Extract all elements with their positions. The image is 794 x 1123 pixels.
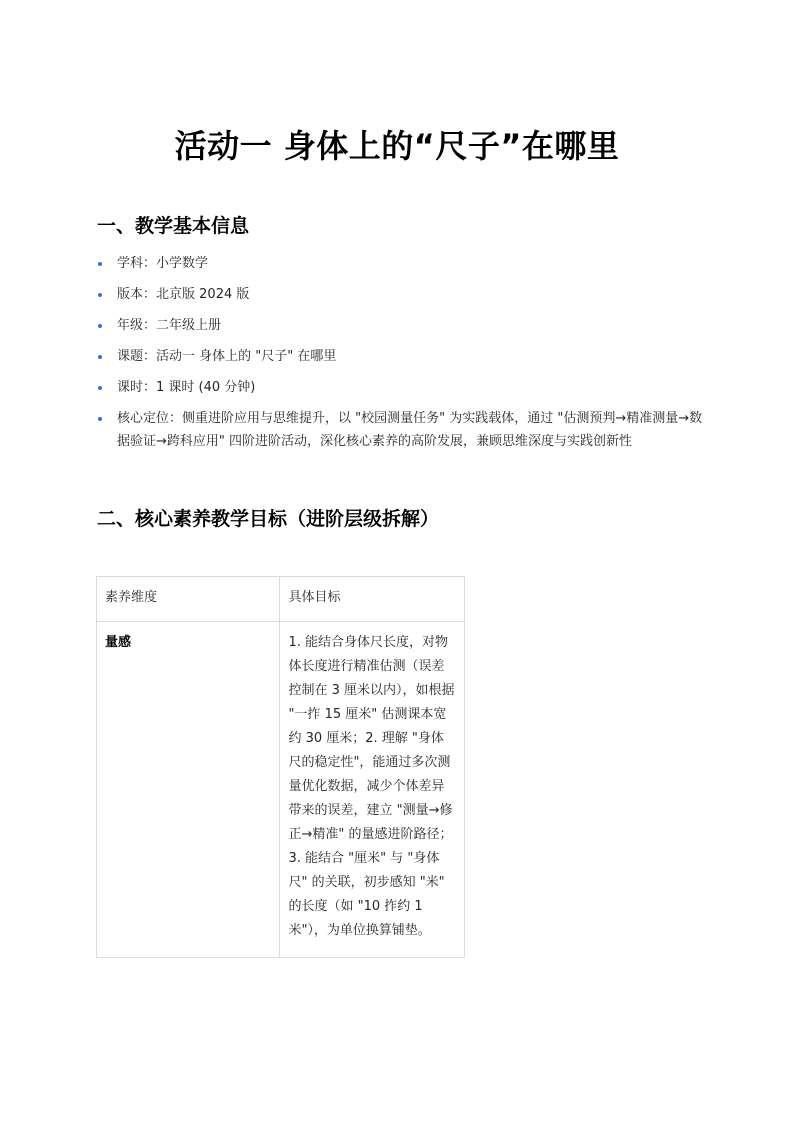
cell-goal: 1. 能结合身体尺长度，对物体长度进行精准估测（误差控制在 3 厘米以内），如根… <box>280 622 465 958</box>
item-label: 年级： <box>117 318 156 333</box>
list-item-period: 课时：1 课时 (40 分钟) <box>97 376 707 399</box>
bullet-icon <box>98 417 102 421</box>
header-goal: 具体目标 <box>280 577 465 622</box>
basic-info-list: 学科：小学数学 版本：北京版 2024 版 年级：二年级上册 课题：活动一 身体… <box>97 252 707 461</box>
item-label: 学科： <box>117 256 156 271</box>
list-item-core-positioning: 核心定位：侧重进阶应用与思维提升，以 "校园测量任务" 为实践载体，通过 "估测… <box>97 407 707 453</box>
bullet-icon <box>98 324 102 328</box>
item-label: 课题： <box>117 349 156 364</box>
goals-table: 素养维度 具体目标 量感 1. 能结合身体尺长度，对物体长度进行精准估测（误差控… <box>96 576 465 958</box>
list-item-edition: 版本：北京版 2024 版 <box>97 283 707 306</box>
item-label: 课时： <box>117 380 156 395</box>
item-value: 活动一 身体上的 "尺子" 在哪里 <box>156 349 336 364</box>
list-item-subject: 学科：小学数学 <box>97 252 707 275</box>
item-value: 小学数学 <box>156 256 208 271</box>
list-item-grade: 年级：二年级上册 <box>97 314 707 337</box>
item-value: 北京版 2024 版 <box>156 287 249 302</box>
item-value: 1 课时 (40 分钟) <box>156 380 255 395</box>
cell-dimension: 量感 <box>97 622 280 958</box>
bullet-icon <box>98 386 102 390</box>
document-page: 活动一 身体上的“尺子”在哪里 一、教学基本信息 学科：小学数学 版本：北京版 … <box>0 0 794 1123</box>
bullet-icon <box>98 262 102 266</box>
item-value: 二年级上册 <box>156 318 221 333</box>
item-label: 版本： <box>117 287 156 302</box>
bullet-icon <box>98 293 102 297</box>
table-row: 量感 1. 能结合身体尺长度，对物体长度进行精准估测（误差控制在 3 厘米以内）… <box>97 622 465 958</box>
item-label: 核心定位： <box>117 411 182 426</box>
bullet-icon <box>98 355 102 359</box>
document-title: 活动一 身体上的“尺子”在哪里 <box>0 122 794 170</box>
section-heading-basic-info: 一、教学基本信息 <box>97 212 249 240</box>
section-heading-goals: 二、核心素养教学目标（进阶层级拆解） <box>97 505 439 533</box>
list-item-topic: 课题：活动一 身体上的 "尺子" 在哪里 <box>97 345 707 368</box>
header-dimension: 素养维度 <box>97 577 280 622</box>
table-header-row: 素养维度 具体目标 <box>97 577 465 622</box>
item-value: 侧重进阶应用与思维提升，以 "校园测量任务" 为实践载体，通过 "估测预判→精准… <box>117 411 702 449</box>
